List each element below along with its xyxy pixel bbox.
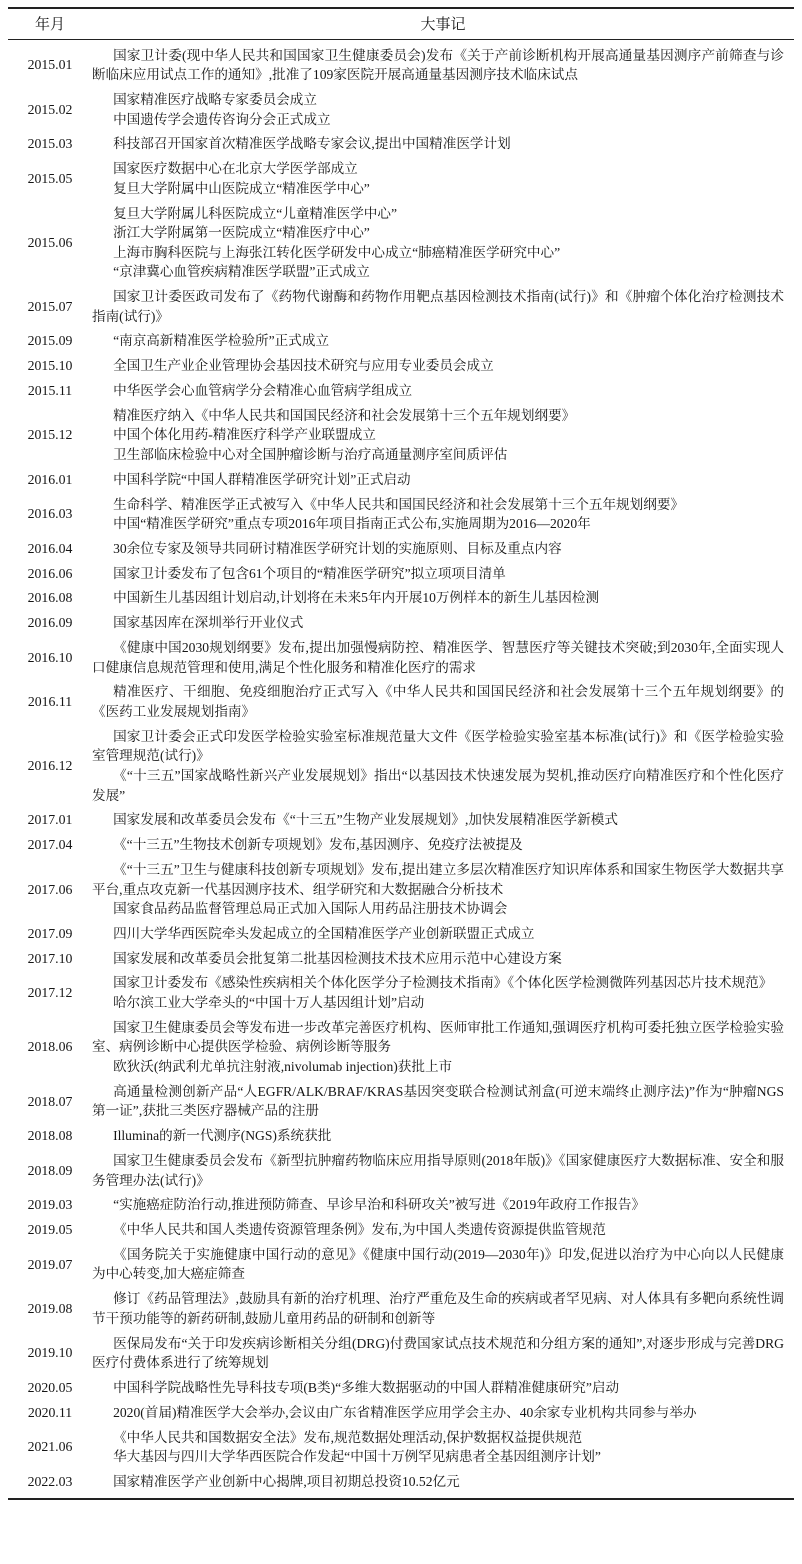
- event-text: 2020(首届)精准医学大会举办,会议由广东省精准医学应用学会主办、40余家专业…: [92, 1403, 784, 1423]
- event-text: 欧狄沃(纳武利尤单抗注射液,nivolumab injection)获批上市: [92, 1057, 784, 1077]
- event-text: 医保局发布“关于印发疾病诊断相关分组(DRG)付费国家试点技术规范和分组方案的通…: [92, 1334, 784, 1373]
- table-row: 2019.08 修订《药品管理法》,鼓励具有新的治疗机理、治疗严重危及生命的疾病…: [8, 1287, 794, 1331]
- table-row: 2016.04 30余位专家及领导共同研讨精准医学研究计划的实施原则、目标及重点…: [8, 536, 794, 561]
- table-row: 2022.03 国家精准医学产业创新中心揭牌,项目初期总投资10.52亿元: [8, 1469, 794, 1494]
- date-cell: 2020.11: [8, 1403, 92, 1423]
- table-row: 2015.03 科技部召开国家首次精准医学战略专家会议,提出中国精准医学计划: [8, 132, 794, 157]
- event-text: “实施癌症防治行动,推进预防筛查、早诊早治和科研攻关”被写进《2019年政府工作…: [92, 1195, 784, 1215]
- date-cell: 2015.03: [8, 134, 92, 154]
- events-cell: 《国务院关于实施健康中国行动的意见》《健康中国行动(2019—2030年)》印发…: [92, 1245, 794, 1284]
- table-row: 2015.10 全国卫生产业企业管理协会基因技术研究与应用专业委员会成立: [8, 354, 794, 379]
- event-text: 中国科学院“中国人群精准医学研究计划”正式启动: [92, 470, 784, 490]
- date-cell: 2016.06: [8, 564, 92, 584]
- event-text: 国家卫生健康委员会发布《新型抗肿瘤药物临床应用指导原则(2018年版)》《国家健…: [92, 1151, 784, 1190]
- event-text: 中国遗传学会遗传咨询分会正式成立: [92, 110, 784, 130]
- date-cell: 2015.09: [8, 331, 92, 351]
- events-cell: 2020(首届)精准医学大会举办,会议由广东省精准医学应用学会主办、40余家专业…: [92, 1403, 794, 1423]
- table-row: 2018.07 高通量检测创新产品“人EGFR/ALK/BRAF/KRAS基因突…: [8, 1079, 794, 1123]
- events-cell: 国家卫计委医政司发布了《药物代谢酶和药物作用靶点基因检测技术指南(试行)》和《肿…: [92, 287, 794, 326]
- event-text: 修订《药品管理法》,鼓励具有新的治疗机理、治疗严重危及生命的疾病或者罕见病、对人…: [92, 1289, 784, 1328]
- event-text: 复旦大学附属儿科医院成立“儿童精准医学中心”: [92, 204, 784, 224]
- events-cell: 国家卫计委会正式印发医学检验实验室标准规范量大文件《医学检验实验室基本标准(试行…: [92, 727, 794, 805]
- event-text: 《中华人民共和国人类遗传资源管理条例》发布,为中国人类遗传资源提供监管规范: [92, 1220, 784, 1240]
- events-cell: 生命科学、精准医学正式被写入《中华人民共和国国民经济和社会发展第十三个五年规划纲…: [92, 495, 794, 534]
- date-cell: 2019.07: [8, 1255, 92, 1275]
- date-cell: 2022.03: [8, 1472, 92, 1492]
- table-row: 2016.01 中国科学院“中国人群精准医学研究计划”正式启动: [8, 467, 794, 492]
- date-cell: 2015.01: [8, 55, 92, 75]
- table-row: 2018.08 Illumina的新一代测序(NGS)系统获批: [8, 1124, 794, 1149]
- event-text: 上海市胸科医院与上海张江转化医学研发中心成立“肺癌精准医学研究中心”: [92, 243, 784, 263]
- event-text: 中国“精准医学研究”重点专项2016年项目指南正式公布,实施周期为2016—20…: [92, 514, 784, 534]
- event-text: 中国新生儿基因组计划启动,计划将在未来5年内开展10万例样本的新生儿基因检测: [92, 588, 784, 608]
- event-text: 中国个体化用药-精准医疗科学产业联盟成立: [92, 425, 784, 445]
- event-text: 生命科学、精准医学正式被写入《中华人民共和国国民经济和社会发展第十三个五年规划纲…: [92, 495, 784, 515]
- event-text: 《中华人民共和国数据安全法》发布,规范数据处理活动,保护数据权益提供规范: [92, 1428, 784, 1448]
- events-cell: 中华医学会心血管病学分会精准心血管病学组成立: [92, 381, 794, 401]
- events-cell: 国家卫计委发布《感染性疾病相关个体化医学分子检测技术指南》《个体化医学检测微阵列…: [92, 973, 794, 1012]
- events-cell: 全国卫生产业企业管理协会基因技术研究与应用专业委员会成立: [92, 356, 794, 376]
- event-text: 国家卫计委发布了包含61个项目的“精准医学研究”拟立项项目清单: [92, 564, 784, 584]
- events-cell: 国家卫计委(现中华人民共和国国家卫生健康委员会)发布《关于产前诊断机构开展高通量…: [92, 46, 794, 85]
- date-cell: 2021.06: [8, 1437, 92, 1457]
- event-text: 国家医疗数据中心在北京大学医学部成立: [92, 159, 784, 179]
- event-text: 华大基因与四川大学华西医院合作发起“中国十万例罕见病患者全基因组测序计划”: [92, 1447, 784, 1467]
- events-cell: Illumina的新一代测序(NGS)系统获批: [92, 1126, 794, 1146]
- events-cell: 中国科学院战略性先导科技专项(B类)“多维大数据驱动的中国人群精准健康研究”启动: [92, 1378, 794, 1398]
- events-cell: 国家精准医疗战略专家委员会成立中国遗传学会遗传咨询分会正式成立: [92, 90, 794, 129]
- table-row: 2019.05 《中华人民共和国人类遗传资源管理条例》发布,为中国人类遗传资源提…: [8, 1218, 794, 1243]
- event-text: 国家卫生健康委员会等发布进一步改革完善医疗机构、医师审批工作通知,强调医疗机构可…: [92, 1018, 784, 1057]
- events-cell: 中国科学院“中国人群精准医学研究计划”正式启动: [92, 470, 794, 490]
- date-cell: 2019.08: [8, 1299, 92, 1319]
- event-text: 国家卫计委会正式印发医学检验实验室标准规范量大文件《医学检验实验室基本标准(试行…: [92, 727, 784, 766]
- date-cell: 2016.10: [8, 648, 92, 668]
- events-cell: 《中华人民共和国人类遗传资源管理条例》发布,为中国人类遗传资源提供监管规范: [92, 1220, 794, 1240]
- table-row: 2015.12 精准医疗纳入《中华人民共和国国民经济和社会发展第十三个五年规划纲…: [8, 403, 794, 467]
- table-row: 2016.06 国家卫计委发布了包含61个项目的“精准医学研究”拟立项项目清单: [8, 561, 794, 586]
- events-cell: 中国新生儿基因组计划启动,计划将在未来5年内开展10万例样本的新生儿基因检测: [92, 588, 794, 608]
- table-row: 2015.06 复旦大学附属儿科医院成立“儿童精准医学中心”浙江大学附属第一医院…: [8, 201, 794, 285]
- events-cell: 国家发展和改革委员会批复第二批基因检测技术技术应用示范中心建设方案: [92, 949, 794, 969]
- date-cell: 2016.11: [8, 692, 92, 712]
- event-text: 精准医疗、干细胞、免疫细胞治疗正式写入《中华人民共和国国民经济和社会发展第十三个…: [92, 682, 784, 721]
- event-text: 中国科学院战略性先导科技专项(B类)“多维大数据驱动的中国人群精准健康研究”启动: [92, 1378, 784, 1398]
- events-cell: 国家发展和改革委员会发布《“十三五”生物产业发展规划》,加快发展精准医学新模式: [92, 810, 794, 830]
- date-cell: 2015.10: [8, 356, 92, 376]
- events-cell: 国家卫生健康委员会等发布进一步改革完善医疗机构、医师审批工作通知,强调医疗机构可…: [92, 1018, 794, 1077]
- date-cell: 2017.12: [8, 983, 92, 1003]
- table-row: 2017.10 国家发展和改革委员会批复第二批基因检测技术技术应用示范中心建设方…: [8, 946, 794, 971]
- date-cell: 2015.05: [8, 169, 92, 189]
- table-row: 2015.07 国家卫计委医政司发布了《药物代谢酶和药物作用靶点基因检测技术指南…: [8, 284, 794, 328]
- event-text: 国家卫计委(现中华人民共和国国家卫生健康委员会)发布《关于产前诊断机构开展高通量…: [92, 46, 784, 85]
- events-cell: 30余位专家及领导共同研讨精准医学研究计划的实施原则、目标及重点内容: [92, 539, 794, 559]
- date-cell: 2018.08: [8, 1126, 92, 1146]
- date-cell: 2017.01: [8, 810, 92, 830]
- events-cell: 高通量检测创新产品“人EGFR/ALK/BRAF/KRAS基因突变联合检测试剂盒…: [92, 1082, 794, 1121]
- event-text: 精准医疗纳入《中华人民共和国国民经济和社会发展第十三个五年规划纲要》: [92, 406, 784, 426]
- event-text: 《健康中国2030规划纲要》发布,提出加强慢病防控、精准医学、智慧医疗等关键技术…: [92, 638, 784, 677]
- table-row: 2016.09 国家基因库在深圳举行开业仪式: [8, 611, 794, 636]
- table-row: 2016.11 精准医疗、干细胞、免疫细胞治疗正式写入《中华人民共和国国民经济和…: [8, 680, 794, 724]
- event-text: 四川大学华西医院牵头发起成立的全国精准医学产业创新联盟正式成立: [92, 924, 784, 944]
- date-cell: 2017.04: [8, 835, 92, 855]
- table-row: 2016.12 国家卫计委会正式印发医学检验实验室标准规范量大文件《医学检验实验…: [8, 724, 794, 808]
- table-row: 2021.06 《中华人民共和国数据安全法》发布,规范数据处理活动,保护数据权益…: [8, 1425, 794, 1469]
- events-cell: 国家基因库在深圳举行开业仪式: [92, 613, 794, 633]
- table-row: 2020.05 中国科学院战略性先导科技专项(B类)“多维大数据驱动的中国人群精…: [8, 1375, 794, 1400]
- date-cell: 2016.12: [8, 756, 92, 776]
- column-header-date: 年月: [8, 13, 92, 34]
- date-cell: 2015.06: [8, 233, 92, 253]
- table-row: 2020.11 2020(首届)精准医学大会举办,会议由广东省精准医学应用学会主…: [8, 1400, 794, 1425]
- table-body: 2015.01 国家卫计委(现中华人民共和国国家卫生健康委员会)发布《关于产前诊…: [8, 40, 794, 1498]
- table-row: 2016.08 中国新生儿基因组计划启动,计划将在未来5年内开展10万例样本的新…: [8, 586, 794, 611]
- event-text: Illumina的新一代测序(NGS)系统获批: [92, 1126, 784, 1146]
- event-text: “京津冀心血管疾病精准医学联盟”正式成立: [92, 262, 784, 282]
- date-cell: 2015.11: [8, 381, 92, 401]
- date-cell: 2015.07: [8, 297, 92, 317]
- date-cell: 2019.03: [8, 1195, 92, 1215]
- table-row: 2018.09 国家卫生健康委员会发布《新型抗肿瘤药物临床应用指导原则(2018…: [8, 1148, 794, 1192]
- event-text: 国家食品药品监督管理总局正式加入国际人用药品注册技术协调会: [92, 899, 784, 919]
- table-row: 2019.03 “实施癌症防治行动,推进预防筛查、早诊早治和科研攻关”被写进《2…: [8, 1193, 794, 1218]
- date-cell: 2018.06: [8, 1037, 92, 1057]
- table-row: 2019.07 《国务院关于实施健康中国行动的意见》《健康中国行动(2019—2…: [8, 1242, 794, 1286]
- table-row: 2015.11 中华医学会心血管病学分会精准心血管病学组成立: [8, 378, 794, 403]
- date-cell: 2017.10: [8, 949, 92, 969]
- date-cell: 2017.09: [8, 924, 92, 944]
- date-cell: 2016.03: [8, 504, 92, 524]
- events-cell: 国家精准医学产业创新中心揭牌,项目初期总投资10.52亿元: [92, 1472, 794, 1492]
- events-cell: 精准医疗、干细胞、免疫细胞治疗正式写入《中华人民共和国国民经济和社会发展第十三个…: [92, 682, 794, 721]
- events-cell: 国家卫计委发布了包含61个项目的“精准医学研究”拟立项项目清单: [92, 564, 794, 584]
- event-text: “南京高新精准医学检验所”正式成立: [92, 331, 784, 351]
- event-text: 国家精准医疗战略专家委员会成立: [92, 90, 784, 110]
- date-cell: 2016.09: [8, 613, 92, 633]
- events-cell: 《中华人民共和国数据安全法》发布,规范数据处理活动,保护数据权益提供规范华大基因…: [92, 1428, 794, 1467]
- events-cell: 修订《药品管理法》,鼓励具有新的治疗机理、治疗严重危及生命的疾病或者罕见病、对人…: [92, 1289, 794, 1328]
- table-row: 2017.06 《“十三五”卫生与健康科技创新专项规划》发布,提出建立多层次精准…: [8, 857, 794, 921]
- table-row: 2018.06 国家卫生健康委员会等发布进一步改革完善医疗机构、医师审批工作通知…: [8, 1015, 794, 1079]
- event-text: 《“十三五”国家战略性新兴产业发展规划》指出“以基因技术快速发展为契机,推动医疗…: [92, 766, 784, 805]
- event-text: 国家卫计委医政司发布了《药物代谢酶和药物作用靶点基因检测技术指南(试行)》和《肿…: [92, 287, 784, 326]
- table-row: 2016.03 生命科学、精准医学正式被写入《中华人民共和国国民经济和社会发展第…: [8, 492, 794, 536]
- event-text: 中华医学会心血管病学分会精准心血管病学组成立: [92, 381, 784, 401]
- table-row: 2017.12 国家卫计委发布《感染性疾病相关个体化医学分子检测技术指南》《个体…: [8, 971, 794, 1015]
- event-text: 科技部召开国家首次精准医学战略专家会议,提出中国精准医学计划: [92, 134, 784, 154]
- events-cell: 医保局发布“关于印发疾病诊断相关分组(DRG)付费国家试点技术规范和分组方案的通…: [92, 1334, 794, 1373]
- date-cell: 2015.02: [8, 100, 92, 120]
- document-page: 年月 大事记 2015.01 国家卫计委(现中华人民共和国国家卫生健康委员会)发…: [0, 0, 802, 1500]
- date-cell: 2016.01: [8, 470, 92, 490]
- events-cell: 四川大学华西医院牵头发起成立的全国精准医学产业创新联盟正式成立: [92, 924, 794, 944]
- table-row: 2019.10 医保局发布“关于印发疾病诊断相关分组(DRG)付费国家试点技术规…: [8, 1331, 794, 1375]
- event-text: 国家精准医学产业创新中心揭牌,项目初期总投资10.52亿元: [92, 1472, 784, 1492]
- date-cell: 2019.10: [8, 1343, 92, 1363]
- date-cell: 2019.05: [8, 1220, 92, 1240]
- table-row: 2017.01 国家发展和改革委员会发布《“十三五”生物产业发展规划》,加快发展…: [8, 808, 794, 833]
- event-text: 国家发展和改革委员会批复第二批基因检测技术技术应用示范中心建设方案: [92, 949, 784, 969]
- event-text: 卫生部临床检验中心对全国肿瘤诊断与治疗高通量测序室间质评估: [92, 445, 784, 465]
- table-row: 2015.09 “南京高新精准医学检验所”正式成立: [8, 329, 794, 354]
- date-cell: 2020.05: [8, 1378, 92, 1398]
- events-cell: 《“十三五”卫生与健康科技创新专项规划》发布,提出建立多层次精准医疗知识库体系和…: [92, 860, 794, 919]
- event-text: 浙江大学附属第一医院成立“精准医疗中心”: [92, 223, 784, 243]
- table-row: 2016.10 《健康中国2030规划纲要》发布,提出加强慢病防控、精准医学、智…: [8, 635, 794, 679]
- events-cell: 精准医疗纳入《中华人民共和国国民经济和社会发展第十三个五年规划纲要》中国个体化用…: [92, 406, 794, 465]
- events-cell: 科技部召开国家首次精准医学战略专家会议,提出中国精准医学计划: [92, 134, 794, 154]
- table-row: 2015.01 国家卫计委(现中华人民共和国国家卫生健康委员会)发布《关于产前诊…: [8, 43, 794, 87]
- column-header-events: 大事记: [92, 13, 794, 34]
- events-cell: 国家卫生健康委员会发布《新型抗肿瘤药物临床应用指导原则(2018年版)》《国家健…: [92, 1151, 794, 1190]
- table-row: 2015.05 国家医疗数据中心在北京大学医学部成立复旦大学附属中山医院成立“精…: [8, 157, 794, 201]
- date-cell: 2016.04: [8, 539, 92, 559]
- event-text: 高通量检测创新产品“人EGFR/ALK/BRAF/KRAS基因突变联合检测试剂盒…: [92, 1082, 784, 1121]
- date-cell: 2015.12: [8, 425, 92, 445]
- events-cell: 《“十三五”生物技术创新专项规划》发布,基因测序、免疫疗法被提及: [92, 835, 794, 855]
- timeline-table: 年月 大事记 2015.01 国家卫计委(现中华人民共和国国家卫生健康委员会)发…: [8, 7, 794, 1500]
- event-text: 复旦大学附属中山医院成立“精准医学中心”: [92, 179, 784, 199]
- events-cell: 复旦大学附属儿科医院成立“儿童精准医学中心”浙江大学附属第一医院成立“精准医疗中…: [92, 204, 794, 282]
- events-cell: “实施癌症防治行动,推进预防筛查、早诊早治和科研攻关”被写进《2019年政府工作…: [92, 1195, 794, 1215]
- table-row: 2015.02 国家精准医疗战略专家委员会成立中国遗传学会遗传咨询分会正式成立: [8, 87, 794, 131]
- events-cell: “南京高新精准医学检验所”正式成立: [92, 331, 794, 351]
- event-text: 《“十三五”生物技术创新专项规划》发布,基因测序、免疫疗法被提及: [92, 835, 784, 855]
- event-text: 国家发展和改革委员会发布《“十三五”生物产业发展规划》,加快发展精准医学新模式: [92, 810, 784, 830]
- date-cell: 2018.09: [8, 1161, 92, 1181]
- event-text: 国家基因库在深圳举行开业仪式: [92, 613, 784, 633]
- date-cell: 2017.06: [8, 880, 92, 900]
- event-text: 哈尔滨工业大学牵头的“中国十万人基因组计划”启动: [92, 993, 784, 1013]
- table-row: 2017.09 四川大学华西医院牵头发起成立的全国精准医学产业创新联盟正式成立: [8, 921, 794, 946]
- event-text: 《“十三五”卫生与健康科技创新专项规划》发布,提出建立多层次精准医疗知识库体系和…: [92, 860, 784, 899]
- event-text: 《国务院关于实施健康中国行动的意见》《健康中国行动(2019—2030年)》印发…: [92, 1245, 784, 1284]
- event-text: 国家卫计委发布《感染性疾病相关个体化医学分子检测技术指南》《个体化医学检测微阵列…: [92, 973, 784, 993]
- table-row: 2017.04 《“十三五”生物技术创新专项规划》发布,基因测序、免疫疗法被提及: [8, 833, 794, 858]
- event-text: 全国卫生产业企业管理协会基因技术研究与应用专业委员会成立: [92, 356, 784, 376]
- date-cell: 2016.08: [8, 588, 92, 608]
- events-cell: 《健康中国2030规划纲要》发布,提出加强慢病防控、精准医学、智慧医疗等关键技术…: [92, 638, 794, 677]
- date-cell: 2018.07: [8, 1092, 92, 1112]
- events-cell: 国家医疗数据中心在北京大学医学部成立复旦大学附属中山医院成立“精准医学中心”: [92, 159, 794, 198]
- event-text: 30余位专家及领导共同研讨精准医学研究计划的实施原则、目标及重点内容: [92, 539, 784, 559]
- table-header-row: 年月 大事记: [8, 9, 794, 40]
